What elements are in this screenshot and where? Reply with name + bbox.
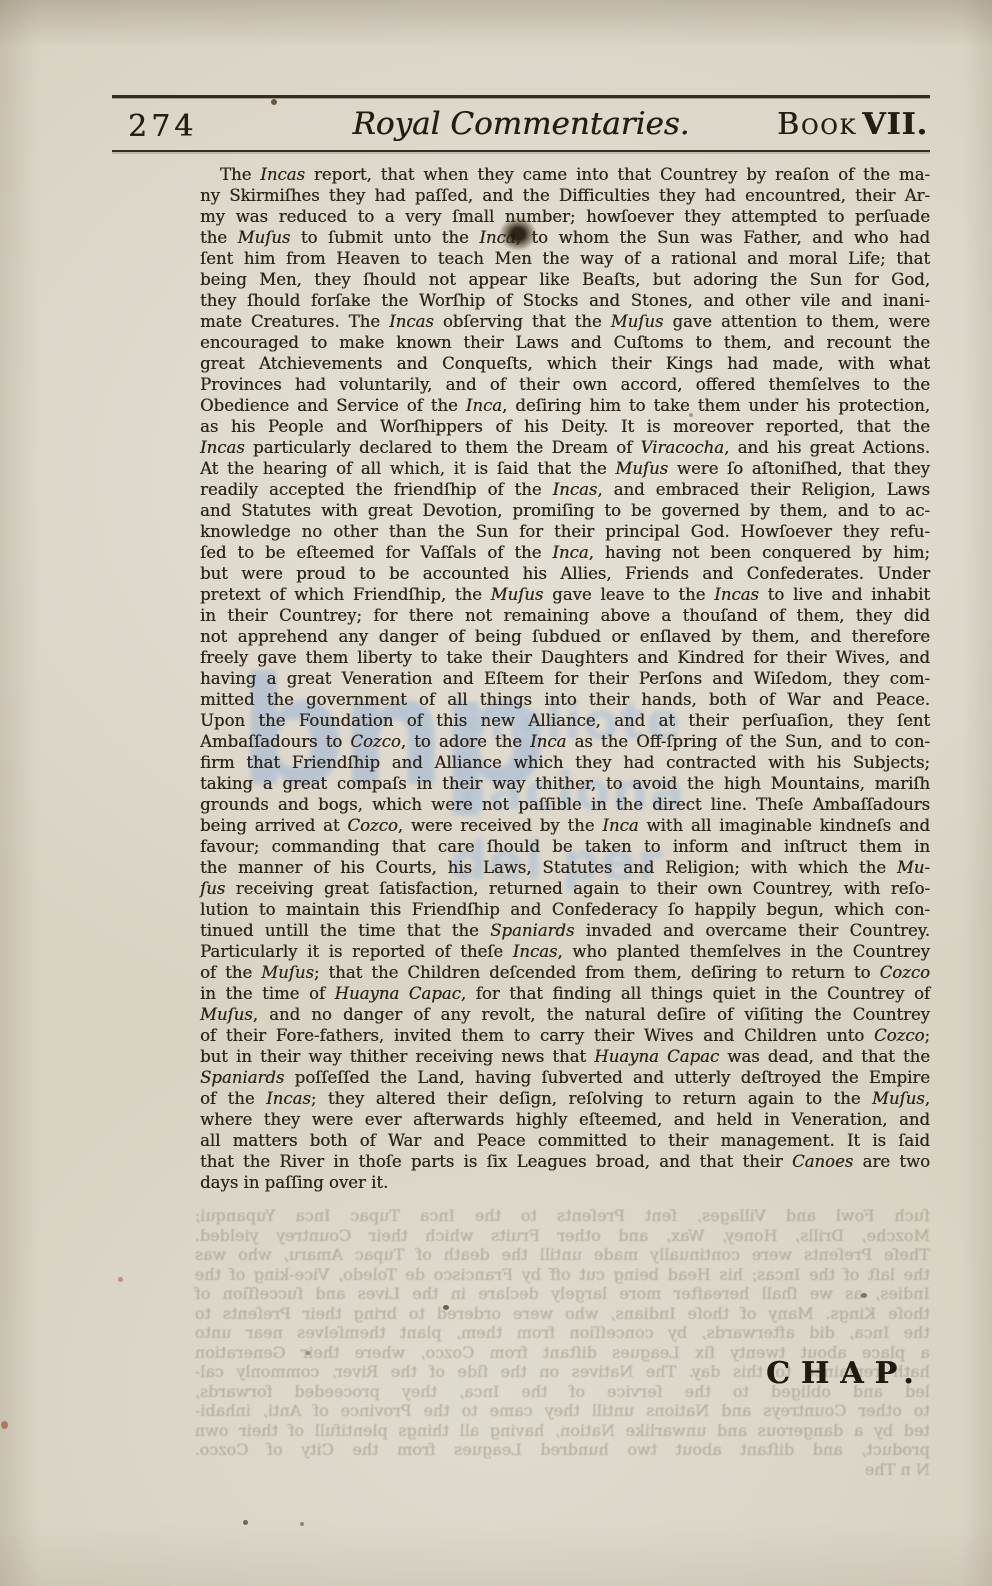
text-line: mate Creatures. The Incas obſerving that… <box>200 311 930 332</box>
paper-speck <box>300 1522 304 1526</box>
text-line: ted by a dangerous and unwarlike Nation,… <box>195 1421 930 1441</box>
paper-speck <box>271 99 277 105</box>
text-line: taking a great compaſs in their way thit… <box>200 773 930 794</box>
text-line: but in their way thither receiving news … <box>200 1046 930 1067</box>
text-line: my was reduced to a very ſmall number; h… <box>200 206 930 227</box>
text-line: the Muſus to ſubmit unto the Inca, to wh… <box>200 227 930 248</box>
text-line: tinued untill the time that the Spaniard… <box>200 920 930 941</box>
text-line: Incas particularly declared to them the … <box>200 437 930 458</box>
text-line: not apprehend any danger of being ſubdue… <box>200 626 930 647</box>
text-line: ſed to be eſteemed for Vaſſals of the In… <box>200 542 930 563</box>
text-line: ſuch Fowl and Villages, ſent Preſents to… <box>195 1206 930 1226</box>
text-line: great Atchievements and Conqueſts, which… <box>200 353 930 374</box>
text-line: having a great Veneration and Eſteem for… <box>200 668 930 689</box>
header-rule-top <box>112 95 930 98</box>
paper-speck <box>243 1520 248 1525</box>
text-line: the Inca, did afterwards, by conceſſion … <box>195 1323 930 1343</box>
book-page-scan: bnp bibliote naciona del per 274 Royal C… <box>0 0 992 1586</box>
text-line: they ſhould forſake the Worſhip of Stock… <box>200 290 930 311</box>
text-line: N n The <box>195 1460 930 1480</box>
text-line: ſus receiving great ſatisfaction, return… <box>200 878 930 899</box>
text-line: but were proud to be accounted his Allie… <box>200 563 930 584</box>
book-numeral: VII. <box>862 107 928 142</box>
text-line: Muſus, and no danger of any revolt, the … <box>200 1004 930 1025</box>
text-line: Theſe Preſents were continually made unt… <box>195 1245 930 1265</box>
text-line: mitted the government of all things into… <box>200 689 930 710</box>
text-line: the manner of his Courts, his Laws, Stat… <box>200 857 930 878</box>
text-line: ny Skirmiſhes they had paſſed, and the D… <box>200 185 930 206</box>
text-line: Obedience and Service of the Inca, deſir… <box>200 395 930 416</box>
text-line: favour; commanding that care ſhould be t… <box>200 836 930 857</box>
text-line: knowledge no other than the Sun for thei… <box>200 521 930 542</box>
text-line: freely gave them liberty to take their D… <box>200 647 930 668</box>
text-line: of the Muſus; that the Children deſcende… <box>200 962 930 983</box>
catchword: CHAP. <box>766 1356 925 1391</box>
text-line: Mozche, Drills, Honey, Wax, and other Fr… <box>195 1226 930 1246</box>
text-line: where they were ever afterwards highly e… <box>200 1109 930 1130</box>
text-line: At the hearing of all which, it is ſaid … <box>200 458 930 479</box>
text-line: product, and diſtant about two hundred L… <box>195 1440 930 1460</box>
text-line: Spaniards poſſeſſed the Land, having ſub… <box>200 1067 930 1088</box>
page-header: 274 Royal Commentaries. Book VII. <box>112 100 930 146</box>
text-line: Indies, as we ſhall hereafter more large… <box>195 1284 930 1304</box>
body-text: The Incas report, that when they came in… <box>200 164 930 1193</box>
text-line: being arrived at Cozco, were received by… <box>200 815 930 836</box>
text-line: as his People and Worſhippers of his Dei… <box>200 416 930 437</box>
text-line: ſent him from Heaven to teach Men the wa… <box>200 248 930 269</box>
text-line: the laſt of the Incas; his Head being cu… <box>195 1265 930 1285</box>
text-line: encouraged to make known their Laws and … <box>200 332 930 353</box>
book-title: Book VII. <box>777 107 928 142</box>
text-line: of their Fore-fathers, invited them to c… <box>200 1025 930 1046</box>
text-line: Provinces had voluntarily, and of their … <box>200 374 930 395</box>
paper-speck <box>1 1421 8 1429</box>
text-line: and Statutes with great Devotion, promiſ… <box>200 500 930 521</box>
text-line: to other Countreys and Nations untill th… <box>195 1401 930 1421</box>
header-rule-bottom <box>112 150 930 152</box>
paper-speck <box>831 194 835 198</box>
paper-speck <box>118 1277 123 1282</box>
text-line: in the time of Huayna Capac, for that fi… <box>200 983 930 1004</box>
text-line: The Incas report, that when they came in… <box>200 164 930 185</box>
text-line: Upon the Foundation of this new Alliance… <box>200 710 930 731</box>
text-line: in their Countrey; for there not remaini… <box>200 605 930 626</box>
bleedthrough-text: ſuch Fowl and Villages, ſent Preſents to… <box>195 1206 930 1479</box>
text-line: being Men, they ſhould not appear like B… <box>200 269 930 290</box>
text-line: grounds and bogs, which were not paſſibl… <box>200 794 930 815</box>
paper-speck <box>443 1305 449 1310</box>
paper-speck <box>689 413 693 417</box>
text-line: that the River in thoſe parts is ſix Lea… <box>200 1151 930 1172</box>
text-line: thoſe Kings. Many of thoſe Indians, who … <box>195 1304 930 1324</box>
text-line: Particularly it is reported of theſe Inc… <box>200 941 930 962</box>
text-line: lution to maintain this Friendſhip and C… <box>200 899 930 920</box>
book-label: Book <box>777 107 857 142</box>
text-line: readily accepted the friendſhip of the I… <box>200 479 930 500</box>
text-line: pretext of which Friendſhip, the Muſus g… <box>200 584 930 605</box>
text-line: firm that Friendſhip and Alliance which … <box>200 752 930 773</box>
paper-speck <box>861 1293 867 1298</box>
text-line: days in paſſing over it. <box>200 1172 930 1193</box>
text-line: Ambaſſadours to Cozco, to adore the Inca… <box>200 731 930 752</box>
text-line: all matters both of War and Peace commit… <box>200 1130 930 1151</box>
text-line: of the Incas; they altered their deſign,… <box>200 1088 930 1109</box>
paper-speck <box>306 1351 310 1355</box>
